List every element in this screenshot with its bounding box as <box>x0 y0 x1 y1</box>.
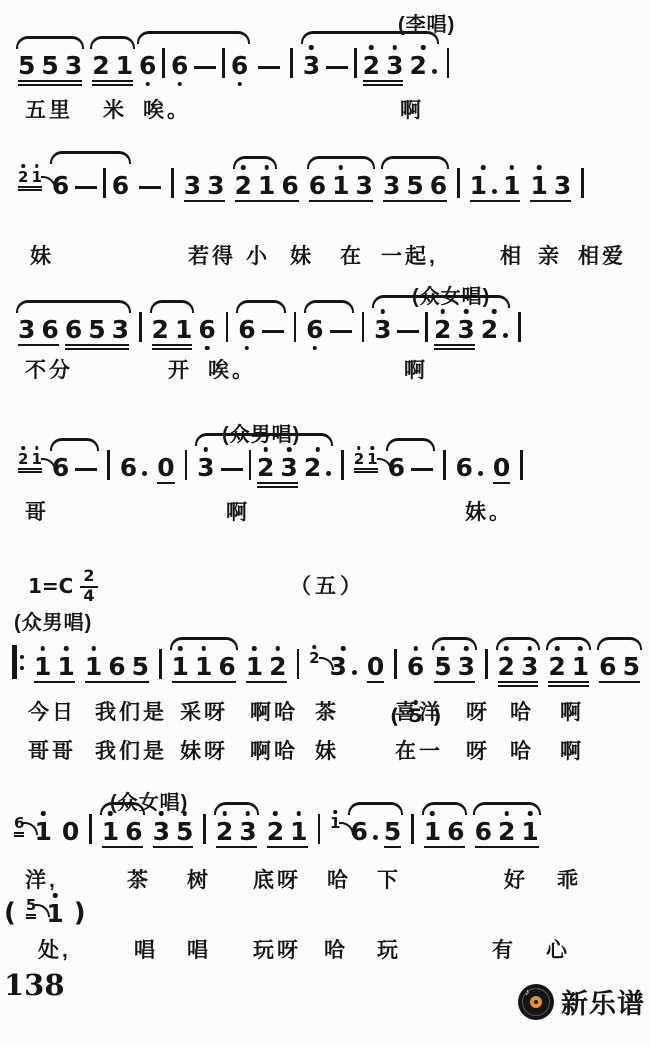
note: 5 <box>434 654 451 679</box>
beam-underline <box>424 846 465 848</box>
note-group: 23 <box>498 654 539 679</box>
lyric-word: 处, <box>38 934 71 964</box>
lyric-word: 哈 <box>324 934 348 964</box>
note: 2 <box>498 654 515 679</box>
grace-note-group: 21 <box>18 170 42 185</box>
note-group: 11 <box>34 654 75 679</box>
note-group: 12 <box>246 654 287 679</box>
lyric-word: 在一 <box>395 735 443 765</box>
note-digit: 1 <box>424 819 441 844</box>
note: 1 <box>424 819 441 844</box>
barline <box>162 48 165 78</box>
lyric-word: 在 <box>340 240 364 270</box>
note-digit: 6 <box>281 173 298 198</box>
duration-dash <box>139 186 161 190</box>
note-digit: 3 <box>458 654 475 679</box>
note: 6 <box>447 819 464 844</box>
note-digit: 3 <box>303 53 320 78</box>
note-digit: 6 <box>309 173 326 198</box>
note: 0 <box>62 819 79 844</box>
notation-row: 1116511612230653232165 <box>12 645 650 679</box>
beam-underline <box>498 681 539 683</box>
note-digit: 2 <box>409 53 426 78</box>
slur-arc <box>50 438 99 451</box>
beam-underline <box>548 681 589 683</box>
note: 2 <box>18 170 28 185</box>
note: 2 <box>152 317 169 342</box>
note-group: 36653 <box>18 317 129 342</box>
note-group: 53 <box>434 654 475 679</box>
note-group: 21 <box>548 654 589 679</box>
note-digit: 3 <box>330 654 347 679</box>
barline <box>294 312 297 342</box>
note-digit: 3 <box>521 654 538 679</box>
beam-underline <box>34 681 75 683</box>
note-digit: 1 <box>85 654 102 679</box>
barline <box>222 48 225 78</box>
note: 6 <box>306 317 323 342</box>
note-digit: 1 <box>332 173 349 198</box>
note: 1 <box>572 654 589 679</box>
barline <box>171 168 174 198</box>
note: 6 <box>120 455 147 480</box>
meter-fraction: 2 4 <box>80 568 97 605</box>
octave-dot-above <box>309 45 314 50</box>
lyric-word: 洋, <box>25 864 58 894</box>
slur-arc <box>304 300 353 313</box>
note: 2 <box>257 455 274 480</box>
beam-underline <box>475 846 539 848</box>
note-digit: 3 <box>184 173 201 198</box>
octave-dot-above <box>441 646 446 651</box>
slur-arc <box>236 300 285 313</box>
note-digit: 3 <box>383 173 400 198</box>
lyric-word: 相 <box>500 240 524 270</box>
note: 1 <box>46 901 63 926</box>
note: 2 <box>498 819 515 844</box>
note-group: 0 <box>367 654 384 679</box>
slur-arc <box>372 295 510 308</box>
note-group: 16 <box>102 819 143 844</box>
note-digit: 3 <box>374 317 391 342</box>
octave-dot-above <box>369 45 374 50</box>
note-digit: 2 <box>92 53 109 78</box>
note: 1 <box>85 654 102 679</box>
lyric-word: 心 <box>546 934 570 964</box>
note-digit: 1 <box>46 901 63 926</box>
lyric-word: 好 <box>504 864 528 894</box>
note-digit: 6 <box>65 317 82 342</box>
slur-arc <box>16 300 131 313</box>
slur-arc <box>214 802 259 815</box>
repeat-dot <box>20 666 24 670</box>
note-group: 21666 <box>92 48 248 78</box>
brand-text: 新乐谱 <box>561 982 645 1021</box>
duration-dash <box>194 66 216 70</box>
note: 6 <box>231 53 248 78</box>
barline <box>185 450 188 480</box>
note: 6 <box>125 819 142 844</box>
note: 6 <box>52 455 69 480</box>
note: 5 <box>18 53 35 78</box>
lyric-word: 啊 <box>560 696 584 726</box>
octave-dot-above <box>264 165 269 170</box>
octave-dot-above <box>440 309 445 314</box>
meter-denominator: 4 <box>83 588 94 605</box>
note: 1 <box>258 173 275 198</box>
lyric-word: 啊 <box>404 354 428 384</box>
octave-dot-above <box>263 447 268 452</box>
octave-dot-above <box>53 893 58 898</box>
beam-underline-2 <box>498 685 539 687</box>
lyric-word: 我们是 <box>95 696 167 726</box>
barline <box>362 312 365 342</box>
lyric-word: 妹呀 <box>180 735 228 765</box>
octave-dot-above <box>222 811 227 816</box>
beam-underline-2 <box>65 348 129 350</box>
barline <box>297 649 300 679</box>
note: 5 <box>88 317 105 342</box>
note-group: 16 <box>424 819 465 844</box>
note: 3 <box>458 654 475 679</box>
note-digit: 2 <box>18 170 28 185</box>
note-digit: 1 <box>572 654 589 679</box>
repeat-dots <box>20 655 24 670</box>
beam-underline-2 <box>18 471 42 473</box>
beam-underline-2 <box>354 471 378 473</box>
lyric-word: 相爱 <box>578 240 626 270</box>
note-group: 356 <box>383 173 447 198</box>
meter-numerator: 2 <box>80 568 97 588</box>
barline <box>581 168 584 198</box>
slur-arc <box>233 156 278 169</box>
slur-arc <box>137 31 250 44</box>
augmentation-dot <box>432 69 437 74</box>
note: 1 <box>172 654 189 679</box>
section-singer-annotation: (众男唱) <box>14 606 92 635</box>
music-note-glyph: ♪ <box>525 987 530 997</box>
note: 3 <box>153 819 170 844</box>
slur-arc <box>100 802 145 815</box>
octave-dot-above <box>91 646 96 651</box>
note: 1 <box>116 53 133 78</box>
beam-underline <box>470 200 521 202</box>
note-digit: 3 <box>197 455 214 480</box>
beam-underline <box>384 846 401 848</box>
beam-underline-2 <box>548 685 589 687</box>
note-digit: 1 <box>470 173 487 198</box>
beam-underline-2 <box>26 917 36 919</box>
note: 0 <box>367 654 384 679</box>
beam-underline <box>363 80 404 82</box>
octave-dot-above <box>537 165 542 170</box>
octave-dot-above <box>421 45 426 50</box>
duration-dash <box>326 66 348 70</box>
beam-underline-2 <box>434 348 475 350</box>
note: 2 <box>235 173 252 198</box>
note: 3 <box>457 317 474 342</box>
beam-underline-2 <box>363 84 404 86</box>
barline <box>107 450 110 480</box>
note-digit: 6 <box>430 173 447 198</box>
lyric-word: 下 <box>377 864 401 894</box>
lyric-word: 呀 <box>466 735 490 765</box>
lyric-word: 我们是 <box>95 735 167 765</box>
slur-arc <box>16 36 84 49</box>
repeat-sign <box>12 645 24 679</box>
slur-arc <box>348 802 403 815</box>
note-digit: 6 <box>218 654 235 679</box>
note: 2 <box>92 53 109 78</box>
lyric-word: 妹 <box>30 240 54 270</box>
section-label: （五） <box>290 570 365 600</box>
note: 6 <box>238 317 255 342</box>
note-digit: 6 <box>108 654 125 679</box>
note: 3 <box>554 173 571 198</box>
lyric-word: 啊哈 <box>250 735 298 765</box>
note: 6 <box>112 173 129 198</box>
octave-dot-below <box>313 346 318 351</box>
octave-dot-above <box>297 811 302 816</box>
augmentation-dot <box>326 471 331 476</box>
lyric-word: 不分 <box>25 354 73 384</box>
barline <box>341 450 344 480</box>
lyric-word: 唱 <box>187 934 211 964</box>
note-digit: 6 <box>120 455 137 480</box>
lyric-word: 开 <box>168 354 192 384</box>
beam-underline <box>216 846 257 848</box>
lyric-word: 玩 <box>377 934 401 964</box>
note-group: 3232 <box>303 48 437 78</box>
note: 3 <box>386 53 403 78</box>
note-digit: 6 <box>599 654 616 679</box>
barline <box>203 814 206 844</box>
note: 6 <box>350 819 377 844</box>
note: 1 <box>34 654 51 679</box>
octave-dot-above <box>315 447 320 452</box>
note-digit: 5 <box>623 654 640 679</box>
beam-underline <box>18 186 42 188</box>
note: 3 <box>197 455 214 480</box>
beam-underline <box>434 681 475 683</box>
note-group: 23 <box>434 317 475 342</box>
note-digit: 6 <box>388 455 405 480</box>
octave-dot-above <box>341 646 346 651</box>
octave-dot-above <box>35 164 39 168</box>
barline <box>103 168 106 198</box>
note: 1 <box>530 173 547 198</box>
barline <box>249 450 252 480</box>
note-digit: 2 <box>18 452 28 467</box>
note: 1 <box>246 654 263 679</box>
note-digit: 2 <box>257 455 274 480</box>
augmentation-dot <box>373 835 378 840</box>
notation-row: (51) <box>4 900 86 926</box>
note-digit: 6 <box>306 317 323 342</box>
duration-dash <box>75 186 97 190</box>
note-group: 621 <box>475 819 539 844</box>
note: 5 <box>623 654 640 679</box>
octave-dot-below <box>205 346 210 351</box>
note: 0 <box>157 455 174 480</box>
note: 3 <box>330 654 357 679</box>
note-digit: 3 <box>356 173 373 198</box>
slur-arc <box>381 156 449 169</box>
note-group: 11 <box>470 173 521 198</box>
note-group: 36 <box>18 317 59 342</box>
note: 6 <box>139 53 156 78</box>
note-digit: 3 <box>554 173 571 198</box>
note-digit: 1 <box>258 173 275 198</box>
note: 5 <box>406 173 423 198</box>
beam-underline <box>18 468 42 470</box>
note: 2 <box>481 317 508 342</box>
grace-note-group: 1 <box>330 816 340 831</box>
note: 6 <box>475 819 492 844</box>
note: 0 <box>493 455 510 480</box>
lyric-word: 若得 <box>188 240 236 270</box>
beam-underline <box>493 482 510 484</box>
beam-underline <box>65 344 129 346</box>
beam-underline <box>92 80 133 82</box>
duration-dash <box>75 468 97 472</box>
octave-dot-above <box>527 646 532 651</box>
note-group: 66 <box>52 168 129 198</box>
beam-underline <box>153 846 194 848</box>
note-digit: 2 <box>354 452 364 467</box>
octave-dot-above <box>333 810 337 814</box>
note-group: 13 <box>530 173 571 198</box>
beam-underline <box>309 200 373 202</box>
lyric-word: 呀 <box>466 696 490 726</box>
octave-dot-above <box>287 447 292 452</box>
note: 2 <box>363 53 380 78</box>
barline <box>89 814 92 844</box>
lyric-word: 哥 <box>25 496 49 526</box>
notation-row: 553216663232 <box>18 48 449 78</box>
note: 6 <box>52 173 69 198</box>
slur-arc <box>301 31 439 44</box>
octave-dot-above <box>64 646 69 651</box>
note-group: 6 <box>52 455 97 480</box>
note-digit: 6 <box>238 317 255 342</box>
grace-note-group: 5 <box>26 898 36 913</box>
notation-row: 2166332166133561113 <box>18 168 584 198</box>
lyric-word: 有 <box>492 934 516 964</box>
note-digit: 6 <box>139 53 156 78</box>
octave-dot-above <box>252 646 257 651</box>
lyric-word: 乖 <box>557 864 581 894</box>
note: 1 <box>102 819 119 844</box>
note: 2 <box>304 455 331 480</box>
note-digit: 1 <box>290 819 307 844</box>
note: 3 <box>65 53 82 78</box>
vinyl-record-icon: ♪ <box>518 984 554 1020</box>
octave-dot-above <box>159 811 164 816</box>
lyric-word: 五里 <box>25 94 73 124</box>
slur-arc <box>432 637 477 650</box>
octave-dot-above <box>393 45 398 50</box>
note: 6 <box>430 173 447 198</box>
slur-arc <box>195 433 333 446</box>
note-digit: 3 <box>239 819 256 844</box>
note-group: 0 <box>493 455 510 480</box>
octave-dot-above <box>339 165 344 170</box>
note: 1 <box>290 819 307 844</box>
vinyl-hole <box>534 1000 538 1004</box>
note: 2 <box>18 452 28 467</box>
octave-dot-below <box>145 82 150 87</box>
note: 6 <box>65 317 82 342</box>
note-group: 65 <box>350 819 401 844</box>
beam-underline <box>157 482 174 484</box>
barline <box>318 814 321 844</box>
duration-dash <box>258 66 280 70</box>
note-digit: 3 <box>65 53 82 78</box>
lyric-word: 哈 <box>327 864 351 894</box>
slur-arc <box>90 36 135 49</box>
repeat-bar <box>12 645 17 679</box>
beam-underline <box>102 846 143 848</box>
octave-dot-above <box>504 811 509 816</box>
note: 6 <box>171 53 188 78</box>
note-digit: 0 <box>367 654 384 679</box>
octave-dot-above <box>357 446 361 450</box>
note-digit: 1 <box>57 654 74 679</box>
brand-logo: ♪ 新乐谱 <box>518 982 645 1021</box>
page-number: 138 <box>4 968 65 1002</box>
note: 6 <box>407 654 424 679</box>
octave-dot-above <box>430 811 435 816</box>
note-digit: 1 <box>34 654 51 679</box>
note-digit: 5 <box>406 173 423 198</box>
note: 5 <box>41 53 58 78</box>
lyric-word: 玩呀 <box>253 934 301 964</box>
grace-note-group: 21 <box>18 452 42 467</box>
augmentation-dot <box>352 670 357 675</box>
key-signature: 1=C 2 4 <box>28 568 98 605</box>
note-digit: 1 <box>34 819 51 844</box>
duration-dash <box>262 330 284 334</box>
octave-dot-above <box>273 811 278 816</box>
octave-dot-above <box>381 309 386 314</box>
barline <box>520 450 523 480</box>
octave-dot-above <box>481 165 486 170</box>
beam-underline <box>383 200 447 202</box>
octave-dot-above <box>313 645 317 649</box>
note-digit: 6 <box>407 654 424 679</box>
note-digit: 5 <box>88 317 105 342</box>
note: 3 <box>356 173 373 198</box>
beam-underline <box>354 468 378 470</box>
note-digit: 2 <box>269 654 286 679</box>
lyric-word: 唉。 <box>143 94 191 124</box>
note: 1 <box>521 819 538 844</box>
note-group: 3232 <box>374 312 508 342</box>
lyric-word: 哥哥 <box>28 735 76 765</box>
barline <box>139 312 142 342</box>
lyric-word: 茶 <box>315 696 339 726</box>
note-digit: 6 <box>475 819 492 844</box>
octave-dot-above <box>276 646 281 651</box>
slur-arc <box>422 802 467 815</box>
note-digit: 6 <box>112 173 129 198</box>
slur-arc <box>597 637 642 650</box>
note-digit: 0 <box>493 455 510 480</box>
note-group: 666 <box>139 48 248 78</box>
lyric-word: 哈 <box>510 696 534 726</box>
octave-dot-below <box>245 346 250 351</box>
